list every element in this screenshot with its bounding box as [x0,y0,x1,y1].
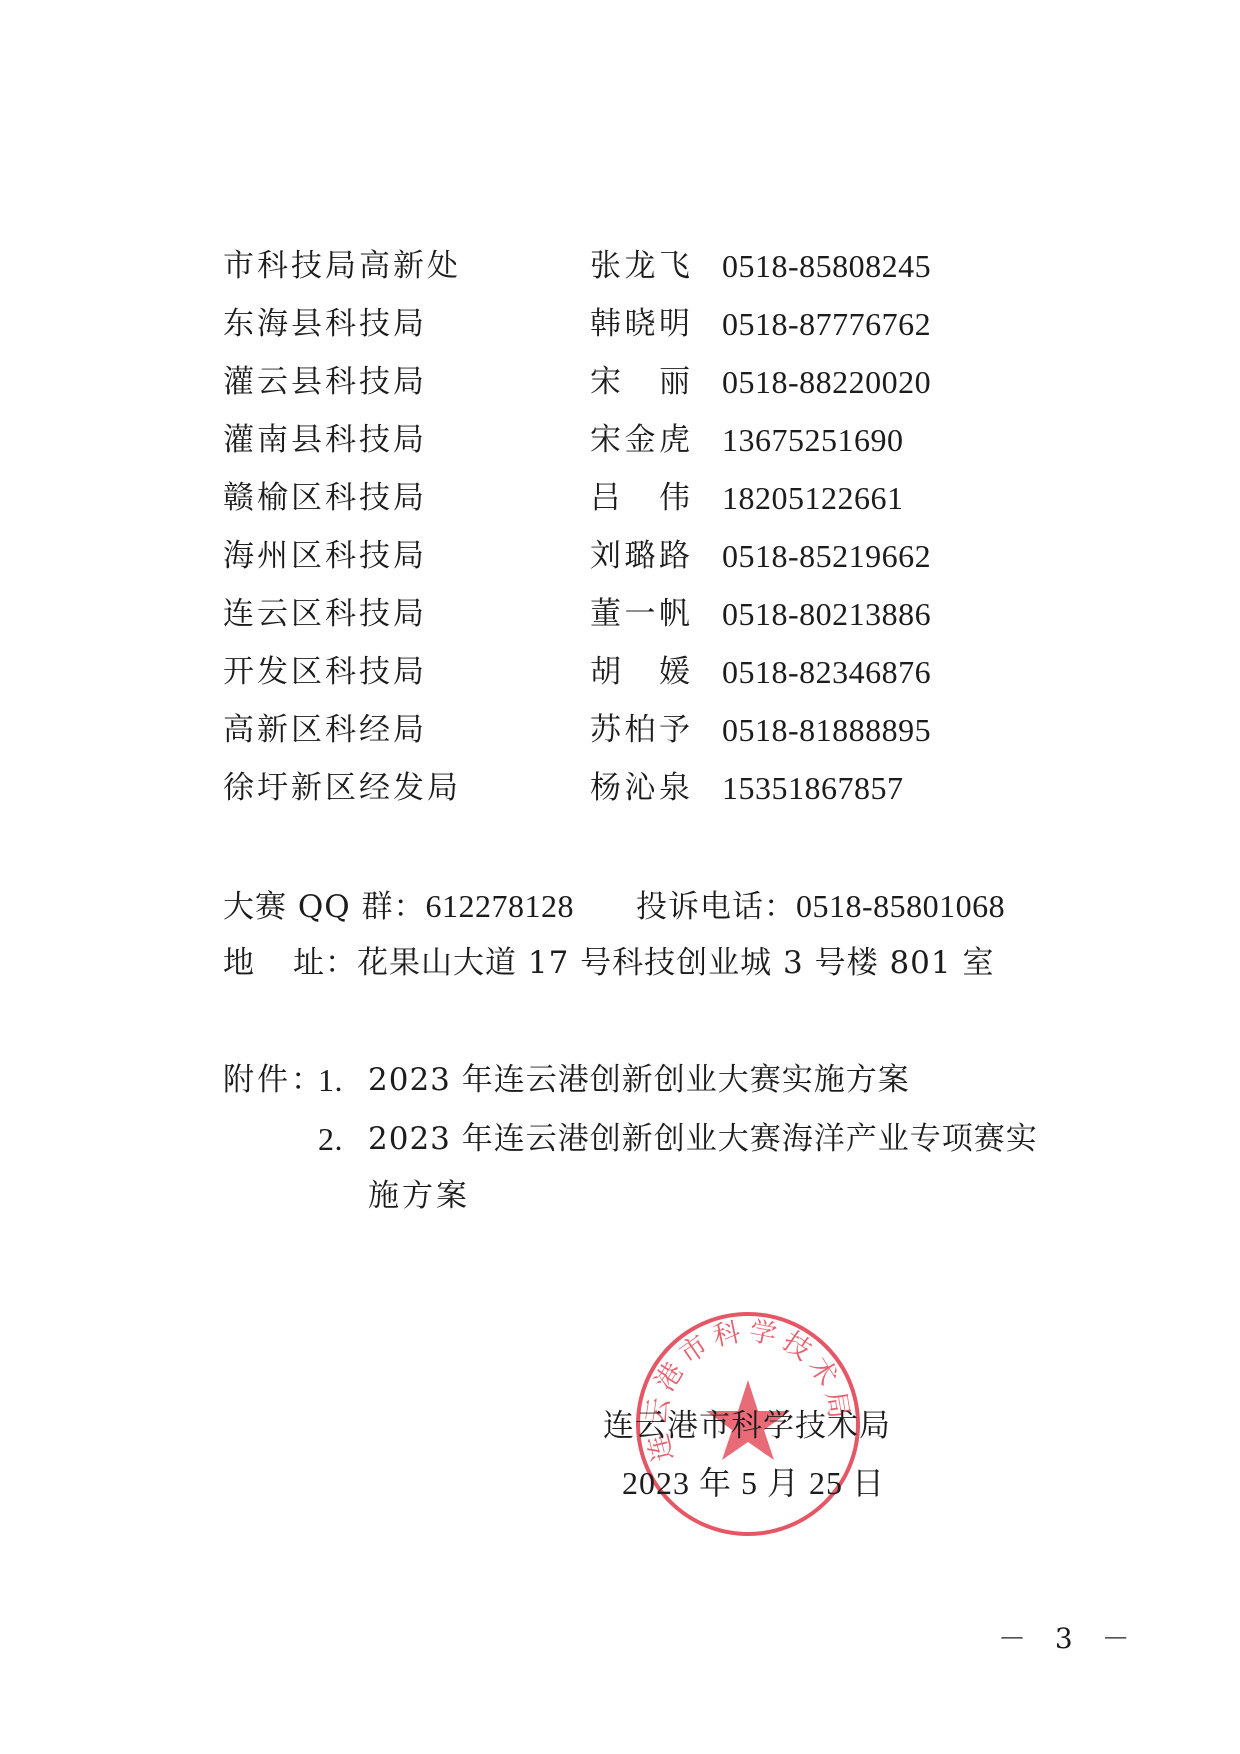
contact-unit: 徐圩新区经发局 [223,768,461,808]
page-number: － 3 － [998,1617,1140,1657]
contact-name: 宋丽 [590,362,690,402]
name-char: 泉 [659,768,690,808]
contact-phone: 13675251690 [722,420,904,460]
name-char: 刘 [590,536,621,576]
qq-group-label: 大赛 QQ 群： [223,889,426,925]
name-char: 媛 [659,652,690,692]
name-char: 虎 [659,420,690,460]
contact-unit: 海州区科技局 [223,536,427,576]
attachments-label: 附件： [223,1060,325,1100]
contact-unit: 灌南县科技局 [223,420,427,460]
attachment-index: 1. [318,1060,343,1100]
name-char: 金 [625,420,656,460]
name-char: 杨 [590,768,621,808]
contact-phone: 0518-80213886 [722,594,931,634]
attachment-title: 2023 年连云港创新创业大赛海洋产业专项赛实 [368,1119,1038,1159]
name-char: 董 [590,594,621,634]
attachment-index: 2. [318,1119,343,1159]
name-char: 吕 [590,478,621,518]
complaint-phone-number: 0518-85801068 [796,888,1005,924]
name-char: 苏 [590,710,621,750]
name-char: 龙 [625,246,656,286]
contact-unit: 东海县科技局 [223,304,427,344]
address-label: 址： [293,945,357,981]
name-char: 帆 [659,594,690,634]
contact-phone: 15351867857 [722,768,904,808]
name-char: 丽 [659,362,690,402]
contact-phone: 0518-88220020 [722,362,931,402]
contact-name: 胡媛 [590,652,690,692]
contact-unit: 连云区科技局 [223,594,427,634]
contact-phone: 0518-81888895 [722,710,931,750]
issue-date: 2023 年 5 月 25 日 [622,1463,885,1503]
contact-name: 吕伟 [590,478,690,518]
contact-phone: 0518-82346876 [722,652,931,692]
contact-phone: 0518-85219662 [722,536,931,576]
qq-group-line: 大赛 QQ 群：612278128 [223,886,574,927]
contact-unit: 市科技局高新处 [223,246,461,286]
contact-unit: 赣榆区科技局 [223,478,427,518]
contact-unit: 开发区科技局 [223,652,427,692]
name-char: 明 [659,304,690,344]
address-line: 地址：花果山大道 17 号科技创业城 3 号楼 801 室 [223,943,994,983]
contact-name: 刘璐路 [590,536,690,576]
contact-name: 宋金虎 [590,420,690,460]
name-char: 张 [590,246,621,286]
document-page: 市科技局高新处 张龙飞 0518-85808245 东海县科技局 韩晓明 051… [0,0,1240,1754]
name-char: 韩 [590,304,621,344]
contact-unit: 高新区科经局 [223,710,427,750]
contact-name: 张龙飞 [590,246,690,286]
contact-unit: 灌云县科技局 [223,362,427,402]
name-char: 路 [659,536,690,576]
name-char: 沁 [625,768,656,808]
issuing-authority: 连云港市科学技术局 [603,1406,891,1446]
name-char: 璐 [625,536,656,576]
complaint-phone-label: 投诉电话： [636,889,796,925]
contact-name: 杨沁泉 [590,768,690,808]
qq-group-number: 612278128 [426,888,575,924]
name-char: 柏 [625,710,656,750]
name-char: 予 [659,710,690,750]
contact-name: 董一帆 [590,594,690,634]
name-char: 胡 [590,652,621,692]
attachment-title: 2023 年连云港创新创业大赛实施方案 [368,1060,910,1100]
complaint-phone-line: 投诉电话：0518-85801068 [636,886,1005,927]
address-label: 地 [223,945,255,981]
contact-phone: 0518-87776762 [722,304,931,344]
name-char: 伟 [659,478,690,518]
name-char: 飞 [659,246,690,286]
name-char: 宋 [590,420,621,460]
name-char: 宋 [590,362,621,402]
name-char: 晓 [625,304,656,344]
contact-name: 韩晓明 [590,304,690,344]
contact-phone: 18205122661 [722,478,904,518]
address-value: 花果山大道 17 号科技创业城 3 号楼 801 室 [357,945,994,981]
contact-phone: 0518-85808245 [722,246,931,286]
name-char: 一 [625,594,656,634]
attachment-title-continued: 施方案 [368,1176,470,1216]
contact-name: 苏柏予 [590,710,690,750]
